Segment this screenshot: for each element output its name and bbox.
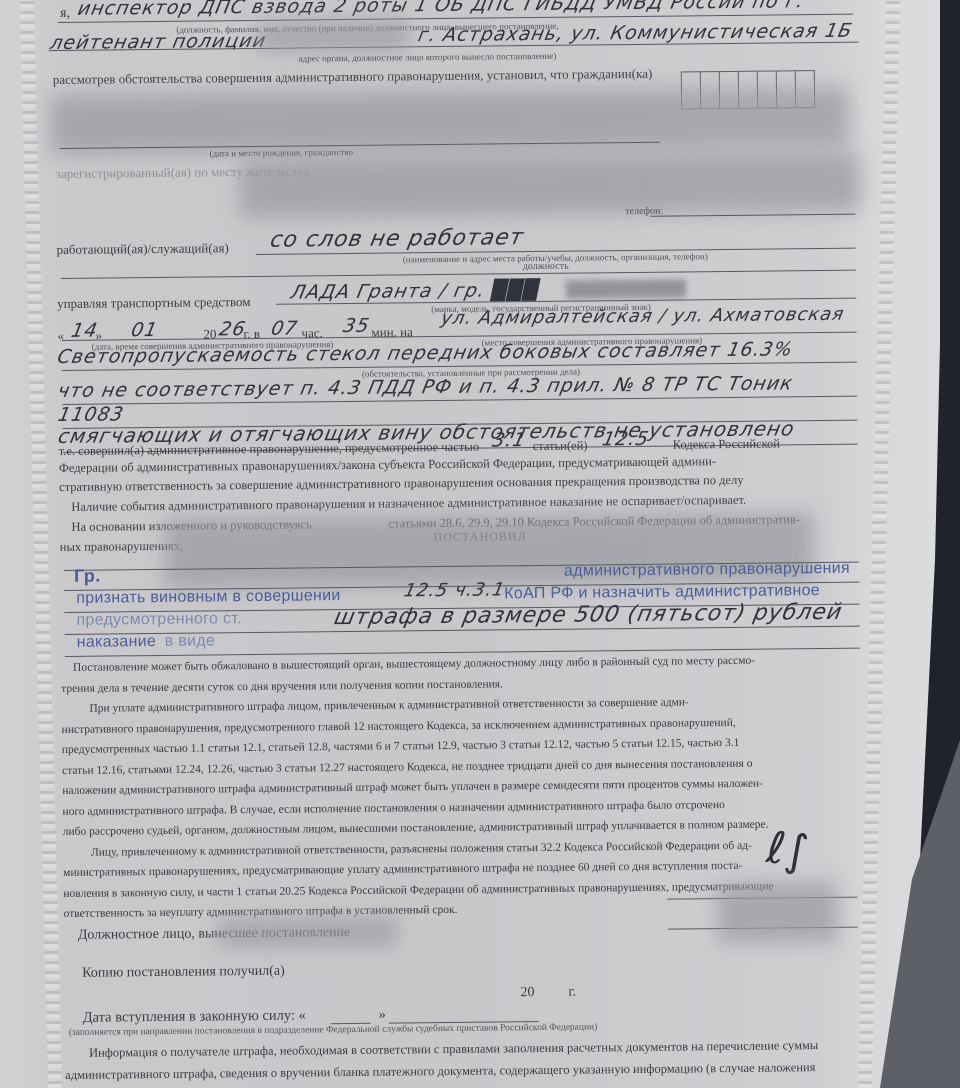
info-line2: административного штрафа, сведения о вру… [65, 1060, 815, 1083]
datetime-row: « 14 » 01 20 26 г. в 07 час. 35 мин. на … [61, 310, 861, 318]
quote-open: « [57, 328, 64, 344]
employment-label: работающий(ая)/служащий(ая) [57, 240, 229, 258]
violation-line4: Наличие события административного правон… [71, 493, 746, 515]
event-hour: 07 [269, 317, 300, 339]
minute-label: мин. на [371, 324, 413, 340]
redacted-plate [566, 279, 686, 298]
officer-handwritten: инспектор ДПС взвода 2 роты 1 ОБ ДПС ГИБ… [76, 0, 806, 20]
violation-article: 12.5 [600, 428, 651, 451]
stamp-line1: административного правонарушения [564, 560, 850, 581]
copy-row: Копию постановления получил(а) [68, 958, 868, 966]
event-minute: 35 [341, 315, 372, 337]
redacted-official [218, 916, 398, 948]
established-text: рассмотрев обстоятельства совершения адм… [53, 66, 653, 88]
signature: ℓ∫ [764, 822, 811, 878]
violation-line1-mid: статьи(ей) [533, 438, 588, 454]
rule [61, 270, 856, 279]
effective-date-label: Дата вступления в законную силу: « [83, 1007, 306, 1026]
redacted-address [240, 152, 861, 218]
employment-row: работающий(ая)/служащий(ая) со слов не р… [60, 226, 860, 234]
info-row-1: Информация о получателе штрафа, необходи… [69, 1038, 869, 1046]
position-label: должность [523, 261, 569, 272]
effective-date-close: » [379, 1007, 386, 1024]
stamp-line3-pre: предусмотренного ст. [76, 610, 242, 630]
stamp-article: 12.5 ч.3.1 [402, 579, 507, 601]
violation-line1-pre: т.е. совершил(а) административное правон… [59, 440, 480, 459]
effective-row: Дата вступления в законную силу: « » [69, 1002, 869, 1010]
ruling-document: я, инспектор ДПС взвода 2 роты 1 ОБ ДПС … [58, 0, 869, 1088]
violation-part: 3.1 [490, 429, 528, 451]
circumstance-row-4: смягчающих и отягчающих вину обстоятельс… [62, 416, 862, 424]
violation-line3: стративную ответственность за совершение… [59, 473, 744, 495]
event-month: 01 [129, 319, 160, 341]
stamp-line2-pre: признать виновным в совершении [76, 587, 341, 608]
footer-year-prefix: 20 [520, 985, 534, 1001]
copy-received-label: Копию постановления получил(а) [82, 964, 285, 982]
employment-handwritten: со слов не работает [268, 225, 526, 253]
prefix-label: я, [60, 6, 70, 22]
vehicle-handwritten: ЛАДА Гранта / гр. ███ [289, 279, 541, 304]
vehicle-row: управляя транспортным средством ЛАДА Гра… [61, 280, 861, 288]
redacted-signature [717, 882, 838, 943]
info-row-2: административного штрафа, сведения о вру… [69, 1060, 869, 1068]
stamp-prefix: Гр. [74, 566, 101, 587]
vehicle-label: управляя транспортным средством [57, 294, 250, 312]
rule [650, 214, 855, 217]
stamp-line4-mid: в виде [165, 632, 216, 651]
violation-line1-post: Кодекса Российской [673, 436, 780, 452]
year-row: 20 г. [68, 982, 868, 990]
info-line1: Информация о получателе штрафа, необходи… [89, 1038, 818, 1061]
stamp-line4-pre: наказание [77, 633, 157, 652]
address-caption: адрес органа, должностное лицо которого … [299, 51, 557, 64]
redacted-name [258, 20, 408, 52]
event-place: ул. Адмиралтейская / ул. Ахматовская [439, 304, 846, 329]
footer-year-suffix: г. [568, 985, 576, 1001]
